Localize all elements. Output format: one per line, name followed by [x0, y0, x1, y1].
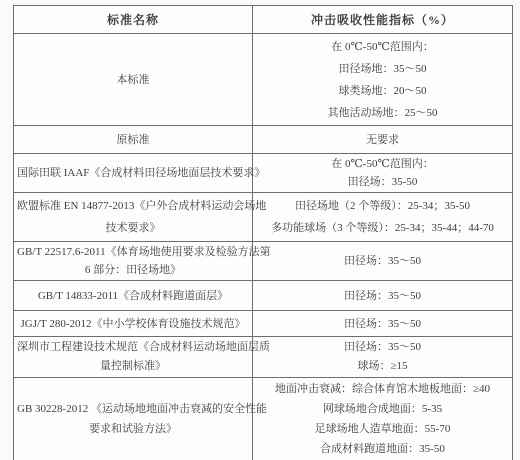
table-row: GB 30228-2012 《运动场地地面冲击衰减的安全性能要求和试验方法》地面… [14, 378, 513, 460]
indicator-value-cell: 地面冲击衰减：综合体育馆木地板地面：≥40网球场地合成地面：5-35足球场地人造… [253, 378, 513, 460]
indicator-value-line: 田径场：35-50 [256, 173, 509, 191]
standard-name-line: GB 30228-2012 《运动场地地面冲击衰减的安全性能 [17, 399, 249, 419]
indicator-value-cell: 无要求 [253, 126, 513, 154]
standard-name-cell: 原标准 [14, 126, 253, 154]
standard-name-cell: JGJ/T 280-2012《中小学校体育设施技术规范》 [14, 311, 253, 337]
standard-name-line: 6 部分：田径场地》 [17, 261, 249, 279]
table-row: GB/T 22517.6-2011《体育场地使用要求及检验方法第6 部分：田径场… [14, 242, 513, 281]
standard-name-line: 欧盟标准 EN 14877-2013《户外合成材料运动会场地 [17, 195, 249, 217]
standard-name-cell: 深圳市工程建设技术规范《合成材料运动场地面层质量控制标准》 [14, 337, 253, 378]
standard-name-line: 国际田联 IAAF《合成材料田径场地面层技术要求》 [17, 164, 249, 182]
indicator-value-line: 田径场：35～50 [256, 338, 509, 357]
indicator-value-line: 合成材料跑道地面：35-50 [256, 439, 509, 459]
indicator-value-line: 无要求 [256, 130, 509, 150]
standard-name-line: 技术要求》 [17, 217, 249, 239]
indicator-value-cell: 在 0℃-50℃范围内：田径场地：35～50球类场地：20～50其他活动场地：2… [253, 34, 513, 126]
indicator-value-cell: 田径场：35～50 [253, 242, 513, 281]
table-row: 原标准无要求 [14, 126, 513, 154]
standard-name-line: JGJ/T 280-2012《中小学校体育设施技术规范》 [17, 314, 249, 334]
table-row: 欧盟标准 EN 14877-2013《户外合成材料运动会场地技术要求》田径场地（… [14, 193, 513, 242]
indicator-value-line: 田径场地：35～50 [256, 58, 509, 80]
indicator-value-line: 地面冲击衰减：综合体育馆木地板地面：≥40 [256, 379, 509, 399]
standard-name-line: 量控制标准》 [17, 357, 249, 376]
standard-name-line: 深圳市工程建设技术规范《合成材料运动场地面层质 [17, 338, 249, 357]
indicator-value-cell: 田径场地（2 个等级）：25-34；35-50多功能球场（3 个等级）：25-3… [253, 193, 513, 242]
indicator-value-cell: 在 0℃-50℃范围内：田径场：35-50 [253, 154, 513, 193]
indicator-value-line: 在 0℃-50℃范围内： [256, 155, 509, 173]
col-header-impact-indicator: 冲击吸收性能指标（%） [253, 6, 513, 34]
indicator-value-cell: 田径场：35～50 [253, 281, 513, 311]
indicator-value-line: 足球场地人造草地面：55-70 [256, 419, 509, 439]
standard-name-line: 原标准 [17, 130, 249, 150]
col-header-standard-name: 标准名称 [14, 6, 253, 34]
table-body: 本标准在 0℃-50℃范围内：田径场地：35～50球类场地：20～50其他活动场… [14, 34, 513, 460]
indicator-value-line: 田径场：35～50 [256, 314, 509, 334]
table-row: 本标准在 0℃-50℃范围内：田径场地：35～50球类场地：20～50其他活动场… [14, 34, 513, 126]
indicator-value-cell: 田径场：35～50 [253, 311, 513, 337]
standard-name-cell: 国际田联 IAAF《合成材料田径场地面层技术要求》 [14, 154, 253, 193]
table-row: JGJ/T 280-2012《中小学校体育设施技术规范》田径场：35～50 [14, 311, 513, 337]
table-row: 国际田联 IAAF《合成材料田径场地面层技术要求》在 0℃-50℃范围内：田径场… [14, 154, 513, 193]
standard-name-line: 要求和试验方法》 [17, 419, 249, 439]
indicator-value-line: 田径场：35～50 [256, 252, 509, 270]
standard-name-cell: GB/T 22517.6-2011《体育场地使用要求及检验方法第6 部分：田径场… [14, 242, 253, 281]
indicator-value-line: 球场：≥15 [256, 357, 509, 376]
standard-name-cell: 本标准 [14, 34, 253, 126]
indicator-value-cell: 田径场：35～50球场：≥15 [253, 337, 513, 378]
standard-name-line: GB/T 22517.6-2011《体育场地使用要求及检验方法第 [17, 243, 249, 261]
header-row: 标准名称 冲击吸收性能指标（%） [14, 6, 513, 34]
table-row: GB/T 14833-2011《合成材料跑道面层》田径场：35～50 [14, 281, 513, 311]
standard-name-cell: GB/T 14833-2011《合成材料跑道面层》 [14, 281, 253, 311]
indicator-value-line: 网球场地合成地面：5-35 [256, 399, 509, 419]
standard-name-line: 本标准 [17, 69, 249, 91]
standard-name-cell: GB 30228-2012 《运动场地地面冲击衰减的安全性能要求和试验方法》 [14, 378, 253, 460]
indicator-value-line: 多功能球场（3 个等级）：25-34；35-44；44-70 [256, 217, 509, 239]
indicator-value-line: 球类场地：20～50 [256, 80, 509, 102]
indicator-value-line: 田径场：35～50 [256, 286, 509, 306]
standard-name-line: GB/T 14833-2011《合成材料跑道面层》 [17, 286, 249, 306]
standard-name-cell: 欧盟标准 EN 14877-2013《户外合成材料运动会场地技术要求》 [14, 193, 253, 242]
standards-comparison-table: 标准名称 冲击吸收性能指标（%） 本标准在 0℃-50℃范围内：田径场地：35～… [13, 5, 513, 460]
indicator-value-line: 田径场地（2 个等级）：25-34；35-50 [256, 195, 509, 217]
indicator-value-line: 在 0℃-50℃范围内： [256, 36, 509, 58]
indicator-value-line: 其他活动场地：25～50 [256, 102, 509, 124]
table-row: 深圳市工程建设技术规范《合成材料运动场地面层质量控制标准》田径场：35～50球场… [14, 337, 513, 378]
